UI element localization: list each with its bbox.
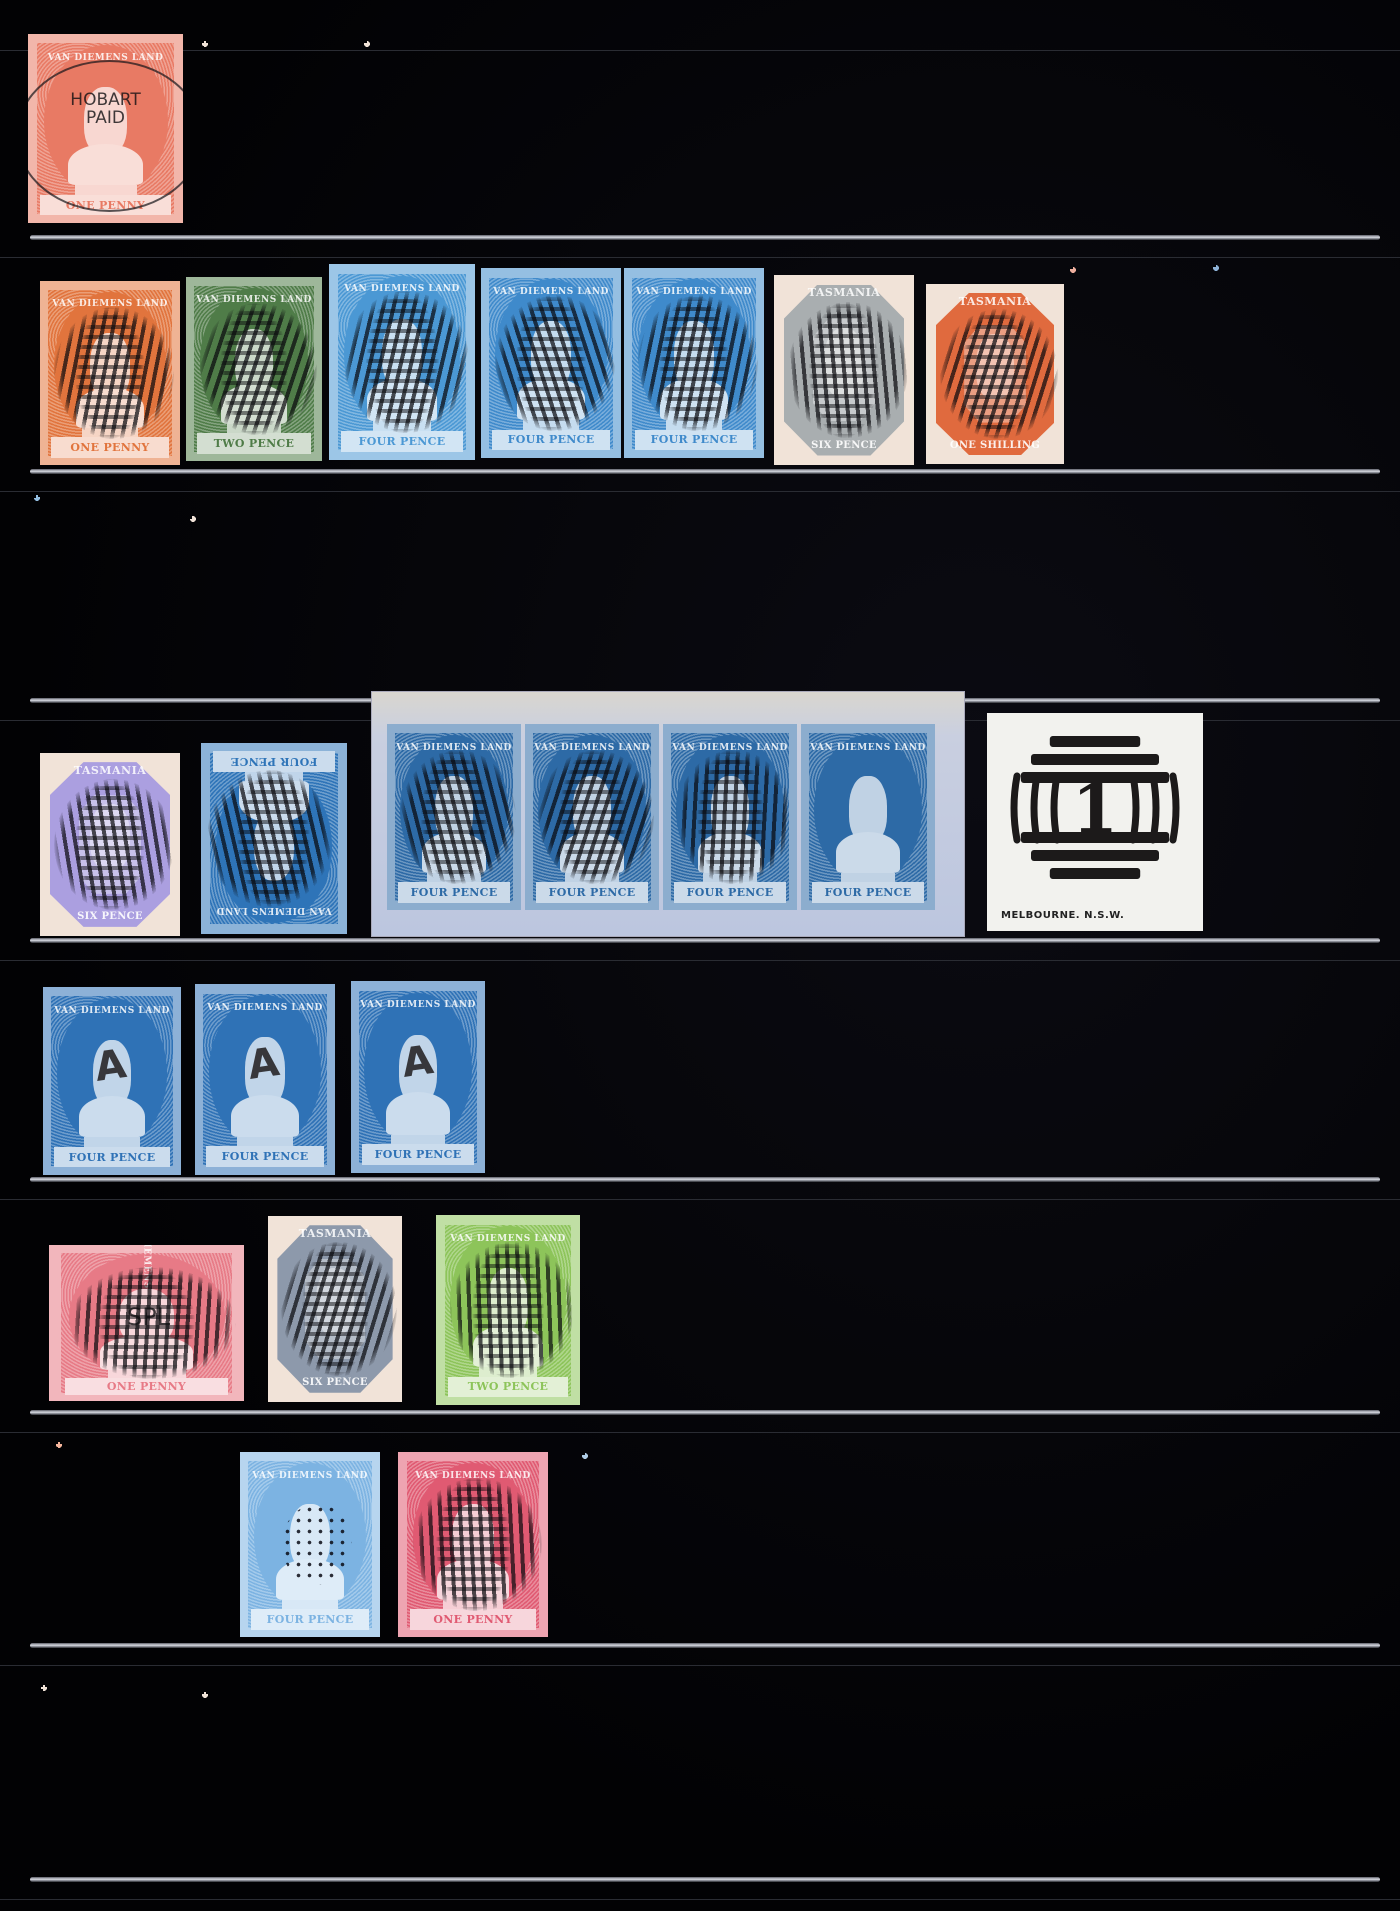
- country-name: TASMANIA: [366, 54, 504, 67]
- stamp[interactable]: TASMANIAONE SHILLING40 3 72: [363, 40, 507, 231]
- stamp[interactable]: VAN DIEMENS LANDFOUR PENCEA: [195, 984, 335, 1175]
- country-name: TASMANIA: [204, 1705, 338, 1718]
- denomination: FOUR PENCE: [398, 882, 511, 902]
- denomination: FOUR PENCE: [341, 431, 464, 453]
- denomination: FOUR PENCE: [674, 882, 787, 902]
- strip-edge: [0, 1665, 1400, 1666]
- barred-numeral-cancel: [1102, 296, 1162, 434]
- denomination: FOUR PENCE: [812, 882, 925, 902]
- stamp[interactable]: VAN DIEMENS LANDFOUR PENCE: [329, 264, 475, 460]
- denomination: ONE PENNY: [410, 1609, 536, 1629]
- strip-edge: [0, 1432, 1400, 1433]
- denomination: FOUR PENCE: [206, 1146, 324, 1167]
- stamp[interactable]: VAN DIEMENS LANDFOUR PENCE: [201, 743, 347, 934]
- stamp[interactable]: VAN DIEMENS LANDFOUR PENCE: [33, 494, 179, 680]
- strip-rail: [30, 1877, 1380, 1882]
- stamp[interactable]: TASMANIASIX PENCE: [268, 1216, 402, 1402]
- barred-numeral-cancel: [220, 303, 288, 436]
- barred-numeral-cancel: [472, 1242, 544, 1379]
- denomination: FOUR PENCE: [362, 1144, 475, 1165]
- barred-numeral-cancel: [559, 750, 626, 884]
- country-name: TASMANIA: [774, 286, 914, 299]
- denomination: ONE PENNY: [51, 437, 169, 457]
- country-name: TASMANIA: [192, 528, 329, 541]
- numeral-cancel-icon: 1: [987, 713, 1203, 931]
- strip-rail: [30, 1410, 1380, 1415]
- stamp[interactable]: VAN DIEMENS LANDTWO PENCE: [186, 277, 322, 461]
- stamp[interactable]: VAN DIEMENS LANDONE PENNYHOBART PAID: [28, 34, 183, 223]
- stamp[interactable]: VAN DIEMENS LANDONE PENNY: [1069, 266, 1195, 463]
- denomination: ONE SHILLING: [215, 1844, 328, 1864]
- denomination: FOUR PENCE: [536, 882, 649, 902]
- strip-rail: [30, 235, 1380, 240]
- barred-numeral-cancel: [71, 522, 141, 652]
- queen-bust: [386, 1092, 450, 1134]
- strip-edge: [0, 491, 1400, 492]
- country-name: TASMANIA: [204, 54, 343, 67]
- denomination: FOUR PENCE: [213, 751, 336, 772]
- barred-numeral-cancel: [961, 309, 1030, 439]
- country-name: VAN DIEMENS LAND: [351, 1000, 485, 1010]
- country-name: TASMANIA: [926, 295, 1064, 308]
- stamp[interactable]: TASMANIASIX PENCE: [774, 275, 914, 465]
- queen-bust: [79, 1096, 145, 1137]
- denomination: TWO PENCE: [197, 433, 311, 453]
- postage-label: [237, 1137, 293, 1147]
- circular-datestamp: [28, 60, 183, 211]
- barred-numeral-cancel: [92, 1470, 159, 1606]
- denomination: FOUR PENCE: [47, 650, 165, 670]
- cancel-text: SPL: [127, 1304, 170, 1330]
- country-name: VAN DIEMENS LAND: [240, 1471, 380, 1481]
- barred-numeral-cancel: [75, 307, 145, 440]
- stamp[interactable]: VAN DIEMENS LANDFOUR PENCE: [240, 1452, 380, 1637]
- strip-stamp[interactable]: VAN DIEMENS LANDFOUR PENCE: [387, 724, 521, 910]
- denomination: ONE PENNY: [69, 1605, 182, 1626]
- queen-bust: [836, 832, 900, 873]
- denomination: ONE PENNY: [1082, 431, 1183, 452]
- stamp[interactable]: VAN DIEMENS LANDFOUR PENCE: [581, 1452, 725, 1637]
- stamp[interactable]: TASMANIASIX PENCE: [40, 753, 180, 936]
- strip-stamp[interactable]: VAN DIEMENS LANDFOUR PENCE: [801, 724, 935, 910]
- strip-rail: [30, 938, 1380, 943]
- country-name: VAN DIEMENS LAND: [195, 1003, 335, 1013]
- denomination: FOUR PENCE: [595, 1607, 711, 1627]
- country-name: TASMANIA: [268, 1227, 402, 1240]
- strip-edge: [0, 1199, 1400, 1200]
- stamp[interactable]: VAN DIEMENS LANDFOUR PENCEA: [351, 981, 485, 1173]
- postage-label: [391, 1135, 445, 1145]
- country-name: VAN DIEMENS LAND: [43, 1006, 181, 1016]
- queen-bust: [276, 1559, 343, 1600]
- stamp[interactable]: TASMANIAONE SHILLINGLATE LETTER.: [40, 1684, 186, 1877]
- barred-numeral-cancel: [516, 295, 586, 432]
- stamp[interactable]: VAN DIEMENS LANDONE PENNY: [398, 1452, 548, 1637]
- denomination: FOUR PENCE: [635, 430, 753, 451]
- stamp[interactable]: TASMANIASIX PENCEA E JY 7 80: [201, 40, 346, 229]
- barred-numeral-cancel: [366, 291, 439, 432]
- barred-numeral-cancel: [436, 1478, 511, 1611]
- postage-label: [282, 1600, 338, 1609]
- cancel-text: 40 3 72: [383, 99, 488, 155]
- stamp[interactable]: VAN DIEMENS LANDFOUR PENCE: [481, 268, 621, 458]
- stamp[interactable]: TASMANIAONE SHILLING: [926, 284, 1064, 464]
- country-name: TASMANIA: [43, 1698, 183, 1711]
- postage-label: [84, 1137, 139, 1146]
- country-name: TASMANIA: [40, 764, 180, 777]
- cancel-text: HOBART PAID: [47, 91, 165, 128]
- card-label: MELBOURNE. N.S.W.: [1001, 910, 1124, 921]
- cancel-text: A E JY 7 80: [221, 98, 327, 154]
- barred-numeral-cancel: [619, 1480, 688, 1609]
- strip-rail: [30, 469, 1380, 474]
- stamp[interactable]: VAN DIEMENS LANDONE PENNY: [40, 281, 180, 465]
- barred-numeral-cancel: [226, 542, 295, 667]
- barred-numeral-cancel: [75, 779, 145, 911]
- barred-numeral-cancel: [697, 750, 764, 884]
- denomination: FOUR PENCE: [251, 1609, 369, 1629]
- denomination: FOUR PENCE: [1226, 429, 1342, 450]
- numeral: 1: [1072, 770, 1118, 848]
- strip-rail: [30, 1177, 1380, 1182]
- country-name: VAN DIEMENS LAND: [801, 743, 935, 753]
- barred-numeral-cancel: [421, 750, 488, 884]
- strip-stamp[interactable]: VAN DIEMENS LANDFOUR PENCE: [663, 724, 797, 910]
- denomination: ONE SHILLING: [54, 1844, 172, 1865]
- stamp[interactable]: TASMANIAONE SHILLING: [189, 515, 332, 695]
- stamp[interactable]: VAN DIEMENS LANDFOUR PENCEA: [43, 987, 181, 1175]
- strip-stamp[interactable]: VAN DIEMENS LANDFOUR PENCE: [525, 724, 659, 910]
- melbourne-numeral-reference-card[interactable]: 1MELBOURNE. N.S.W.: [987, 713, 1203, 931]
- barred-numeral-cancel: [809, 302, 879, 439]
- strip-edge: [0, 960, 1400, 961]
- denomination: FOUR PENCE: [54, 1147, 170, 1168]
- stamp[interactable]: VAN DIEMENS LANDONE PENNY: [55, 1441, 195, 1636]
- denomination: ONE PENNY: [65, 1378, 229, 1395]
- manuscript-cancel: A: [245, 1039, 282, 1089]
- stamp[interactable]: TASMANIAONE SHILLINGLATE LETTER: [201, 1691, 341, 1876]
- postage-label: [841, 873, 895, 882]
- queen-bust: [231, 1095, 298, 1137]
- stamp[interactable]: VAN DIEMENS LANDTWO PENCE: [436, 1215, 580, 1405]
- barred-numeral-cancel: [659, 295, 729, 432]
- stamp[interactable]: VAN DIEMENS LANDONE PENNYSPL: [49, 1245, 244, 1401]
- strip-edge: [0, 1899, 1400, 1900]
- strip-rail: [30, 1643, 1380, 1648]
- stamp[interactable]: VAN DIEMENS LANDFOUR PENCE: [624, 268, 764, 458]
- manuscript-cancel: A: [399, 1037, 436, 1087]
- stamp[interactable]: VAN DIEMENS LANDFOUR PENCE: [1212, 264, 1356, 460]
- denomination: FOUR PENCE: [492, 430, 610, 451]
- denomination: TWO PENCE: [448, 1377, 569, 1398]
- barred-numeral-cancel: [302, 1242, 369, 1376]
- strip-edge: [0, 257, 1400, 258]
- barred-numeral-cancel: [1250, 294, 1319, 431]
- stock-sheet: VAN DIEMENS LANDONE PENNYHOBART PAIDTASM…: [0, 0, 1400, 1911]
- manuscript-cancel: A: [92, 1041, 129, 1091]
